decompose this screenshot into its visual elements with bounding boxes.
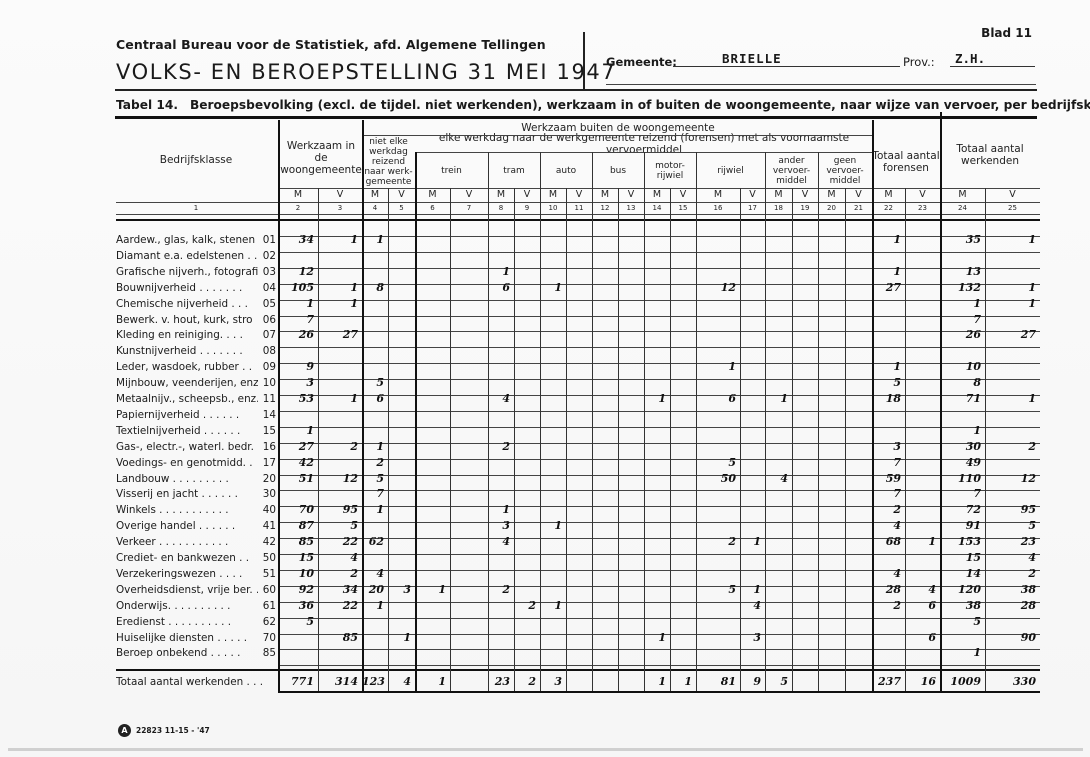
table-cell: 2 [985,567,1040,581]
bedrijfsklasse-code: 07 [258,329,276,341]
bedrijfsklasse-code: 02 [258,250,276,262]
paper-edge [8,748,1083,751]
census-form-sheet: Centraal Bureau voor de Statistiek, afd.… [0,0,1090,757]
bedrijfsklasse-name: Kunstnijverheid . . . . . . . [116,345,258,357]
province-field-line [950,66,1035,67]
table-cell: 1 [905,535,940,549]
row-label: Textielnijverheid . . . . . .15 [116,425,276,437]
table-cell: 5 [985,519,1040,533]
total-cell: 23 [488,675,514,689]
column-number: 9 [514,202,540,214]
organization-name: Centraal Bureau voor de Statistiek, afd.… [116,37,546,52]
bedrijfsklasse-name: Crediet- en bankwezen . . [116,552,258,564]
header-m: M [765,188,792,201]
bedrijfsklasse-name: Textielnijverheid . . . . . . [116,425,258,437]
row-label: Mijnbouw, veenderijen, enz.10 [116,377,276,389]
table-cell: 91 [940,519,985,533]
column-line [514,188,515,691]
bedrijfsklasse-name: Verkeer . . . . . . . . . . . [116,536,258,548]
table-cell: 1 [940,646,985,660]
table-cell: 1 [362,233,388,247]
bedrijfsklasse-name: Overige handel . . . . . . [116,520,258,532]
table-cell: 7 [872,456,905,470]
table-cell: 5 [696,456,740,470]
row-line [278,284,1040,285]
table-cell: 1 [644,392,670,406]
header-totaal-werkenden: Totaal aantal werkenden [940,124,1040,186]
table-cell: 1 [872,265,905,279]
row-line [278,300,1040,301]
table-cell: 6 [696,392,740,406]
table-cell: 5 [278,615,318,629]
table-cell: 4 [872,519,905,533]
column-number: 20 [818,202,845,214]
row-line [278,459,1040,460]
bedrijfsklasse-code: 61 [258,600,276,612]
table-cell: 36 [278,599,318,613]
bedrijfsklasse-code: 15 [258,425,276,437]
table-cell: 7 [940,313,985,327]
bedrijfsklasse-name: Verzekeringswezen . . . . [116,568,258,580]
column-number: 6 [415,202,450,214]
table-cell: 5 [940,615,985,629]
column-line [696,152,697,691]
header-m: M [488,188,514,201]
table-cell: 1 [540,599,566,613]
column-line [566,188,567,691]
table-cell: 28 [985,599,1040,613]
header-in-woongemeente: Werkzaam in de woongemeente [280,130,362,186]
total-cell: 2 [514,675,540,689]
bedrijfsklasse-code: 09 [258,361,276,373]
bedrijfsklasse-code: 20 [258,473,276,485]
table-cell: 105 [278,281,318,295]
table-cell: 5 [362,472,388,486]
column-line [488,152,489,691]
header-line [362,135,872,136]
total-cell: 81 [696,675,740,689]
header-mode-7: ander vervoer- middel [765,153,818,188]
table-cell: 10 [940,360,985,374]
header-v: V [318,188,362,201]
column-line [388,188,389,691]
row-label: Bouwnijverheid . . . . . . .04 [116,282,276,294]
table-cell: 1 [740,583,765,597]
table-cell: 3 [388,583,415,597]
row-line [278,618,1040,619]
column-number: 7 [450,202,488,214]
bedrijfsklasse-code: 11 [258,393,276,405]
bedrijfsklasse-code: 03 [258,266,276,278]
bedrijfsklasse-name: Aardew., glas, kalk, stenen [116,234,258,246]
total-cell: 123 [362,675,388,689]
table-cell: 12 [278,265,318,279]
table-cell: 5 [318,519,362,533]
table-cell: 1 [872,233,905,247]
total-cell: 16 [905,675,940,689]
row-line [278,522,1040,523]
table-cell: 12 [985,472,1040,486]
table-cell: 34 [278,233,318,247]
table-cell: 2 [872,503,905,517]
header-elke-werkdag: elke werkdag naar de werkgemeente reizen… [416,136,872,152]
table-cell: 4 [362,567,388,581]
table-cell: 85 [278,535,318,549]
table-cell: 42 [278,456,318,470]
bedrijfsklasse-code: 06 [258,314,276,326]
total-row-label: Totaal aantal werkenden . . . [116,676,276,688]
table-cell: 4 [905,583,940,597]
column-line [792,188,793,691]
bedrijfsklasse-code: 42 [258,536,276,548]
total-label: Totaal aantal werkenden . . . [116,676,276,688]
table-cell: 2 [514,599,540,613]
header-m: M [696,188,740,201]
column-line [765,152,766,691]
table-cell: 12 [318,472,362,486]
bedrijfsklasse-code: 60 [258,584,276,596]
total-cell: 1009 [940,675,985,689]
table-cell: 4 [985,551,1040,565]
table-cell: 10 [278,567,318,581]
table-cell: 9 [278,360,318,374]
bedrijfsklasse-name: Kleding en reiniging. . . . [116,329,258,341]
total-cell: 330 [985,675,1040,689]
row-line [278,379,1040,380]
header-m: M [644,188,670,201]
province-label: Prov.: [903,55,935,69]
table-cell: 53 [278,392,318,406]
row-label: Crediet- en bankwezen . .50 [116,552,276,564]
total-cell: 9 [740,675,765,689]
row-label: Overige handel . . . . . .41 [116,520,276,532]
header-m: M [818,188,845,201]
header-m: M [362,188,388,201]
header-m: M [415,188,450,201]
total-cell: 314 [318,675,362,689]
table-cell: 1 [985,297,1040,311]
printer-logo-icon: A [118,724,131,737]
table-cell: 2 [318,567,362,581]
column-number: 16 [696,202,740,214]
table-cell: 8 [362,281,388,295]
bedrijfsklasse-code: 50 [258,552,276,564]
table-cell: 1 [278,297,318,311]
row-label: Papiernijverheid . . . . . .14 [116,409,276,421]
row-line [278,475,1040,476]
bedrijfsklasse-name: Leder, wasdoek, rubber . . [116,361,258,373]
table-cell: 1 [940,297,985,311]
bedrijfsklasse-code: 04 [258,282,276,294]
header-v: V [905,188,940,201]
header-mode-6: rijwiel [696,153,765,188]
header-v: V [985,188,1040,201]
header-v: V [670,188,696,201]
bedrijfsklasse-code: 51 [258,568,276,580]
row-label: Onderwijs. . . . . . . . . .61 [116,600,276,612]
table-cell: 4 [488,535,514,549]
column-number: 2 [278,202,318,214]
bedrijfsklasse-name: Eredienst . . . . . . . . . . [116,616,258,628]
row-line [278,443,1040,444]
row-label: Verkeer . . . . . . . . . . .42 [116,536,276,548]
row-label: Gas-, electr.-, waterl. bedr.16 [116,441,276,453]
table-cell: 1 [644,631,670,645]
row-line [278,554,1040,555]
table-cell: 34 [318,583,362,597]
municipality-value: BRIELLE [722,51,782,66]
row-line [278,490,1040,491]
row-line [278,427,1040,428]
bedrijfsklasse-code: 10 [258,377,276,389]
bedrijfsklasse-name: Huiselijke diensten . . . . . [116,632,258,644]
table-cell: 6 [905,631,940,645]
table-cell: 2 [985,440,1040,454]
header-m: M [278,188,318,201]
table-cell: 1 [985,281,1040,295]
column-line [592,152,593,691]
table-cell: 27 [318,328,362,342]
print-footer: A 22823 11-15 - '47 [118,724,210,737]
row-label: Aardew., glas, kalk, stenen01 [116,234,276,246]
table-cell: 20 [362,583,388,597]
table-cell: 4 [318,551,362,565]
table-cell: 6 [905,599,940,613]
header-mode-1: trein [415,153,488,188]
header-v: V [740,188,765,201]
column-line [644,152,645,691]
sheet-number: Blad 11 [981,26,1032,40]
table-cell: 120 [940,583,985,597]
header-v: V [566,188,592,201]
bedrijfsklasse-code: 70 [258,632,276,644]
column-number: 13 [618,202,644,214]
table-cell: 2 [362,456,388,470]
table-cell: 1 [278,424,318,438]
column-number: 25 [985,202,1040,214]
table-cell: 5 [872,376,905,390]
table-cell: 26 [940,328,985,342]
column-number: 1 [116,202,276,214]
table-cell: 72 [940,503,985,517]
table-cell: 38 [985,583,1040,597]
bedrijfsklasse-code: 30 [258,488,276,500]
table-cell: 1 [540,281,566,295]
header-rule [115,89,1037,91]
column-number: 21 [845,202,872,214]
table-cell: 4 [765,472,792,486]
table-cell: 1 [872,360,905,374]
table-cell: 7 [872,487,905,501]
table-cell: 2 [696,535,740,549]
table-cell: 23 [985,535,1040,549]
table-cell: 1 [488,503,514,517]
table-cell: 71 [940,392,985,406]
row-label: Huiselijke diensten . . . . .70 [116,632,276,644]
total-cell: 237 [872,675,905,689]
row-line [278,252,1040,253]
column-number: 22 [872,202,905,214]
table-cell: 15 [278,551,318,565]
total-cell: 3 [540,675,566,689]
table-cell: 26 [278,328,318,342]
row-label: Kleding en reiniging. . . .07 [116,329,276,341]
table-cell: 2 [318,440,362,454]
header-v: V [388,188,415,201]
bedrijfsklasse-name: Overheidsdienst, vrije ber. . [116,584,258,596]
table-cell: 4 [488,392,514,406]
bedrijfsklasse-name: Onderwijs. . . . . . . . . . [116,600,258,612]
column-number: 4 [362,202,388,214]
row-line [278,665,1040,666]
total-cell: 1 [415,675,450,689]
column-number: 15 [670,202,696,214]
table-cell: 3 [872,440,905,454]
bedrijfsklasse-name: Papiernijverheid . . . . . . [116,409,258,421]
bedrijfsklasse-name: Bouwnijverheid . . . . . . . [116,282,258,294]
table-cell: 28 [872,583,905,597]
table-cell: 27 [985,328,1040,342]
bedrijfsklasse-name: Voedings- en genotmidd. . [116,457,258,469]
province-value: Z.H. [955,51,985,66]
bedrijfsklasse-code: 40 [258,504,276,516]
bedrijfsklasse-name: Winkels . . . . . . . . . . . [116,504,258,516]
table-number: Tabel 14. [116,98,178,112]
row-label: Kunstnijverheid . . . . . . .08 [116,345,276,357]
table-cell: 51 [278,472,318,486]
table-cell: 1 [765,392,792,406]
row-label: Bewerk. v. hout, kurk, stro06 [116,314,276,326]
table-cell: 50 [696,472,740,486]
header-mode-3: auto [540,153,592,188]
row-label: Beroep onbekend . . . . .85 [116,647,276,659]
row-label: Diamant e.a. edelstenen . .02 [116,250,276,262]
bedrijfsklasse-name: Diamant e.a. edelstenen . . [116,250,258,262]
header-line [278,188,1040,189]
bedrijfsklasse-name: Bewerk. v. hout, kurk, stro [116,314,258,326]
bedrijfsklasse-code: 41 [258,520,276,532]
header-line [116,214,1040,215]
row-line [278,347,1040,348]
table-cell: 22 [318,535,362,549]
table-cell: 1 [488,265,514,279]
table-cell: 68 [872,535,905,549]
table-cell: 1 [318,233,362,247]
table-cell: 1 [985,392,1040,406]
bedrijfsklasse-code: 16 [258,441,276,453]
bedrijfsklasse-name: Chemische nijverheid . . . [116,298,258,310]
bedrijfsklasse-name: Gas-, electr.-, waterl. bedr. [116,441,258,453]
table-title: Tabel 14.Beroepsbevolking (excl. de tijd… [116,98,1090,112]
table-cell: 14 [940,567,985,581]
header-totaal-forensen: Totaal aantal forensen [872,136,940,188]
table-cell: 95 [985,503,1040,517]
table-cell: 3 [740,631,765,645]
total-cell: 4 [388,675,415,689]
row-label: Leder, wasdoek, rubber . .09 [116,361,276,373]
table-description: Beroepsbevolking (excl. de tijdel. niet … [190,98,1090,112]
table-cell: 59 [872,472,905,486]
row-line [278,268,1040,269]
bedrijfsklasse-name: Metaalnijv., scheepsb., enz. [116,393,258,405]
table-cell: 2 [488,583,514,597]
table-cell: 1 [318,392,362,406]
table-cell: 27 [872,281,905,295]
table-cell: 7 [362,487,388,501]
row-label: Verzekeringswezen . . . .51 [116,568,276,580]
header-v: V [450,188,488,201]
table-cell: 1 [696,360,740,374]
bedrijfsklasse-code: 85 [258,647,276,659]
bedrijfsklasse-code: 17 [258,457,276,469]
column-number: 5 [388,202,415,214]
table-cell: 85 [318,631,362,645]
table-cell: 13 [940,265,985,279]
column-line [905,188,906,691]
row-line [278,649,1040,650]
table-cell: 1 [362,599,388,613]
bedrijfsklasse-code: 14 [258,409,276,421]
total-rule [116,669,1040,671]
table-cell: 1 [985,233,1040,247]
table-cell: 27 [278,440,318,454]
print-code: 22823 11-15 - '47 [136,726,210,735]
header-v: V [618,188,644,201]
row-label: Landbouw . . . . . . . . .20 [116,473,276,485]
table-cell: 1 [318,281,362,295]
column-line [415,152,417,691]
table-cell: 2 [872,599,905,613]
header-mode-5: motor- rijwiel [644,153,696,188]
table-cell: 1 [362,440,388,454]
table-cell: 3 [488,519,514,533]
table-cell: 92 [278,583,318,597]
bedrijfsklasse-name: Beroep onbekend . . . . . [116,647,258,659]
header-m: M [540,188,566,201]
bedrijfsklasse-code: 08 [258,345,276,357]
table-cell: 38 [940,599,985,613]
municipality-label: Gemeente: [606,55,677,69]
header-m: M [872,188,905,201]
header-v: V [792,188,818,201]
table-cell: 7 [278,313,318,327]
row-label: Voedings- en genotmidd. .17 [116,457,276,469]
table-cell: 49 [940,456,985,470]
bedrijfsklasse-name: Grafische nijverh., fotografie [116,266,258,278]
table-cell: 4 [740,599,765,613]
table-cell: 15 [940,551,985,565]
total-cell: 5 [765,675,792,689]
header-line [116,202,1040,203]
table-cell: 1 [318,297,362,311]
table-cell: 110 [940,472,985,486]
table-cell: 3 [278,376,318,390]
bedrijfsklasse-code: 01 [258,234,276,246]
header-v: V [845,188,872,201]
bedrijfsklasse-name: Mijnbouw, veenderijen, enz. [116,377,258,389]
bedrijfsklasse-name: Landbouw . . . . . . . . . [116,473,258,485]
column-line [740,188,741,691]
row-label: Eredienst . . . . . . . . . .62 [116,616,276,628]
column-line [845,188,846,691]
table-cell: 6 [362,392,388,406]
table-cell: 153 [940,535,985,549]
header-mode-2: tram [488,153,540,188]
column-line [818,152,819,691]
bottom-rule [278,691,1040,693]
blank-field-line [606,84,1036,85]
table-cell: 1 [740,535,765,549]
